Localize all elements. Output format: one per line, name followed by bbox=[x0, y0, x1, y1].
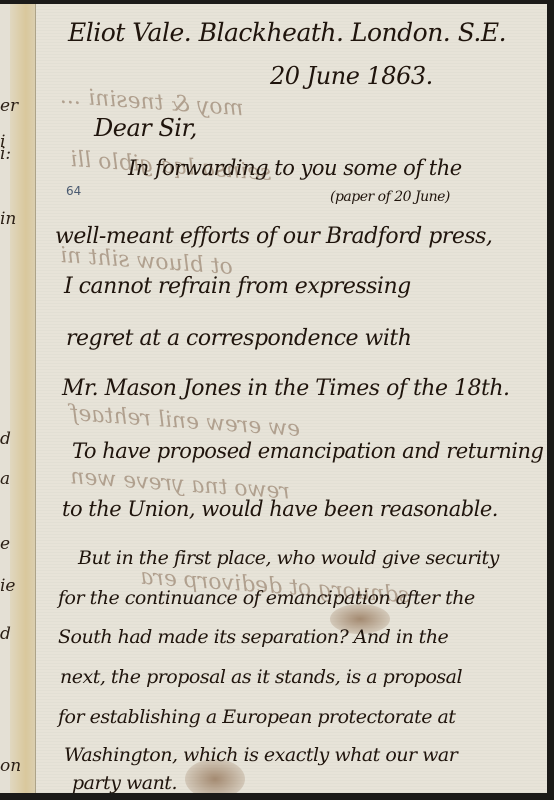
bleed-through: ew erew enil rehtaef bbox=[69, 401, 300, 442]
body-line: for establishing a European protectorate… bbox=[58, 706, 455, 728]
body-line: next, the proposal as it stands, is a pr… bbox=[60, 666, 462, 688]
body-line: regret at a correspondence with bbox=[66, 326, 411, 351]
body-annotation: (paper of 20 June) bbox=[330, 189, 450, 205]
body-line: In forwarding to you some of the bbox=[128, 156, 462, 180]
archival-number: 64 bbox=[66, 184, 81, 198]
prev-page-fragment: ie bbox=[0, 576, 20, 596]
prev-page-fragment: er bbox=[0, 96, 20, 116]
body-line: To have proposed emancipation and return… bbox=[72, 439, 543, 463]
body-line: Washington, which is exactly what our wa… bbox=[64, 744, 457, 766]
prev-page-fragment: e bbox=[0, 534, 20, 554]
body-line: party want. bbox=[72, 772, 177, 793]
letter-address: Eliot Vale. Blackheath. London. S.E. bbox=[68, 18, 506, 47]
prev-page-fragment: d bbox=[0, 624, 20, 644]
letter-salutation: Dear Sir, bbox=[94, 114, 197, 142]
body-line: But in the first place, who would give s… bbox=[78, 547, 499, 569]
body-line: South had made its separation? And in th… bbox=[58, 626, 448, 648]
letter-date: 20 June 1863. bbox=[270, 62, 433, 90]
page-fold bbox=[35, 4, 36, 793]
letter-page: er i i: in d a e ie d on moy & tnesini .… bbox=[0, 4, 547, 793]
body-line: I cannot refrain from expressing bbox=[64, 274, 411, 299]
prev-page-fragment: d bbox=[0, 429, 20, 449]
body-line: well-meant efforts of our Bradford press… bbox=[55, 224, 492, 249]
body-line: Mr. Mason Jones in the Times of the 18th… bbox=[62, 376, 509, 401]
prev-page-fragment: i: bbox=[0, 144, 20, 164]
prev-page-fragment: in bbox=[0, 209, 20, 229]
body-line: for the continuance of emancipation afte… bbox=[58, 587, 475, 609]
body-line: to the Union, would have been reasonable… bbox=[62, 497, 498, 521]
prev-page-fragment: a bbox=[0, 469, 20, 489]
binding-stain bbox=[10, 4, 36, 793]
prev-page-fragment: on bbox=[0, 756, 20, 776]
